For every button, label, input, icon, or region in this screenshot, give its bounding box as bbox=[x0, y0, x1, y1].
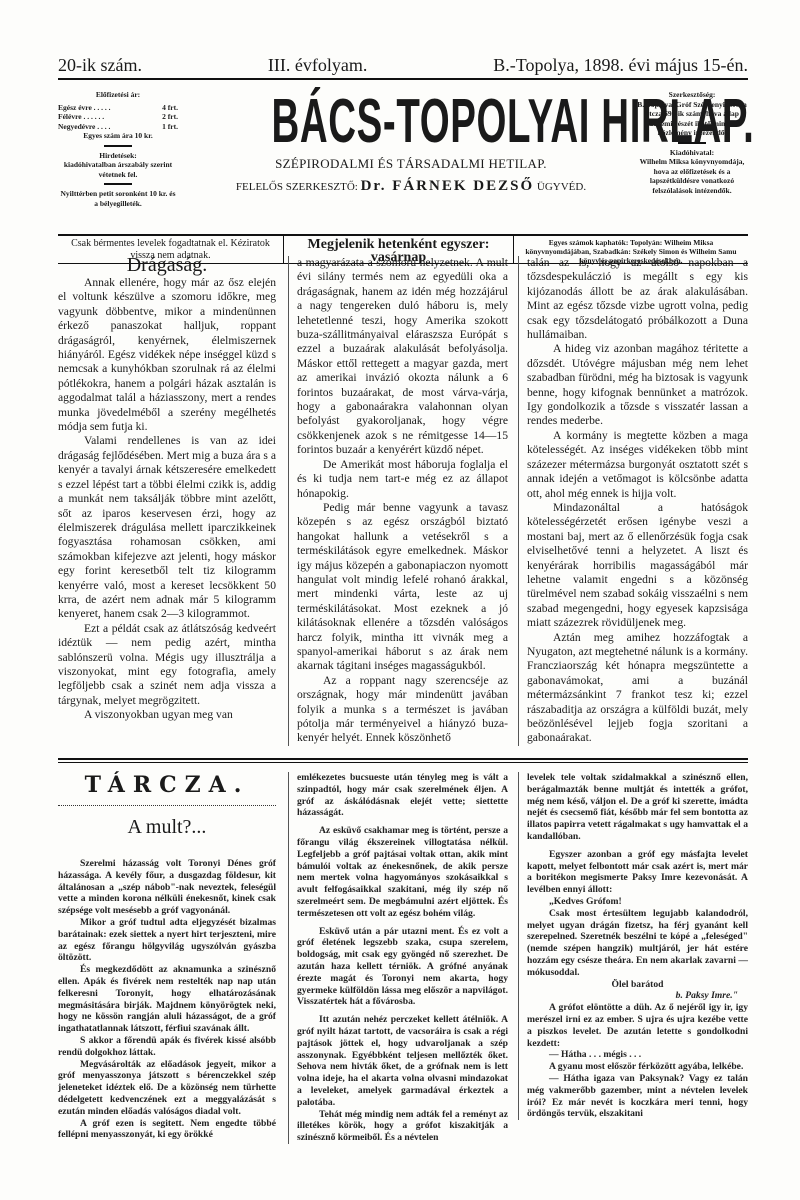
paragraph: levelek tele voltak szidalmakkal a sziné… bbox=[527, 772, 748, 843]
article-column-2: a magyarázata a szomoru helyzetnek. A mu… bbox=[288, 256, 508, 746]
letter-closing: Ölel barátod bbox=[527, 979, 748, 991]
letter-signature: b. Paksy Imre." bbox=[527, 990, 748, 1002]
paragraph: A gyanu most először férközött agyába, l… bbox=[527, 1061, 748, 1073]
issue-header-bar: 20-ik szám. III. évfolyam. B.-Topolya, 1… bbox=[58, 52, 748, 80]
divider bbox=[58, 805, 276, 806]
divider bbox=[104, 145, 132, 147]
paragraph: Az esküvő csakhamar meg is történt, pers… bbox=[297, 825, 508, 919]
feuilleton-column-1: Szerelmi házasság volt Toronyi Dénes gró… bbox=[58, 858, 276, 1141]
paragraph: S akkor a főrendü apák és fivérek kissé … bbox=[58, 1035, 276, 1059]
feuilleton-column-2: emlékezetes bucsueste után tényleg meg i… bbox=[288, 772, 508, 1144]
editorial-text: B.-Topolya, Gróf Széchenyi István utcza … bbox=[636, 100, 748, 138]
divider bbox=[104, 183, 132, 185]
feuilleton-heading: TÁRCZA. bbox=[58, 772, 276, 798]
newspaper-subtitle: SZÉPIRODALMI ÉS TÁRSADALMI HETILAP. bbox=[186, 156, 636, 172]
paragraph: talán az is, hogy az utolsó napokban a t… bbox=[527, 256, 748, 342]
paragraph: A gróf ezen is segitett. Nem engedte töb… bbox=[58, 1118, 276, 1142]
divider bbox=[678, 142, 706, 144]
paragraph: Tehát még mindig nem adták fel a reményt… bbox=[297, 1109, 508, 1144]
paragraph: Valami rendellenes is van az idei drágas… bbox=[58, 434, 276, 621]
issue-number: 20-ik szám. bbox=[58, 55, 142, 76]
letter-salutation: „Kedves Grófom! bbox=[527, 896, 748, 908]
paragraph: De Amerikát most háboruja foglalja el és… bbox=[297, 458, 508, 501]
newspaper-page: 20-ik szám. III. évfolyam. B.-Topolya, 1… bbox=[58, 0, 748, 1200]
editor-name: Dr. FÁRNEK DEZSŐ bbox=[361, 178, 535, 194]
paragraph: Mikor a gróf tudtul adta eljegyzését biz… bbox=[58, 917, 276, 964]
price-row: Egész évre . . . . .4 frt. bbox=[58, 103, 178, 113]
newspaper-title: BÁCS-TOPOLYAI HIRLAP. bbox=[272, 90, 551, 154]
paragraph: Pedig már benne vagyunk a tavasz közepén… bbox=[297, 501, 508, 674]
letter-body: Csak most értesültem legujabb kalandodró… bbox=[527, 908, 748, 979]
paragraph: Ezt a példát csak az átlátszóság kedveér… bbox=[58, 622, 276, 708]
paragraph: Egyszer azonban a gróf egy másfajta leve… bbox=[527, 849, 748, 896]
volume-number: III. évfolyam. bbox=[268, 55, 367, 76]
paragraph: A viszonyokban ugyan meg van bbox=[58, 708, 276, 722]
subscription-info: Előfizetési ár: Egész évre . . . . .4 fr… bbox=[58, 90, 178, 208]
ads-heading: Hirdetések: bbox=[58, 151, 178, 161]
publisher-text: Wilhelm Miksa könyvnyomdája, hova az elő… bbox=[636, 157, 748, 195]
paragraph: emlékezetes bucsueste után tényleg meg i… bbox=[297, 772, 508, 819]
article-column-1: Annak ellenére, hogy már az ősz elején e… bbox=[58, 276, 276, 723]
paragraph: Annak ellenére, hogy már az ősz elején e… bbox=[58, 276, 276, 434]
paragraph: Mindazonáltal a hatóságok kötelességérze… bbox=[527, 501, 748, 631]
paragraph: Az a roppant nagy szerencséje az országn… bbox=[297, 674, 508, 746]
publisher-heading: Kiadóhivatal: bbox=[636, 148, 748, 158]
editorial-info: Szerkesztőség: B.-Topolya, Gróf Szécheny… bbox=[636, 90, 748, 195]
masthead: Előfizetési ár: Egész évre . . . . .4 fr… bbox=[58, 84, 748, 234]
price-row: Negyedévre . . . .1 frt. bbox=[58, 122, 178, 132]
editorial-heading: Szerkesztőség: bbox=[636, 90, 748, 100]
price-row: Félévre . . . . . .2 frt. bbox=[58, 112, 178, 122]
paragraph: A kormány is megtette közben a maga köte… bbox=[527, 429, 748, 501]
open-space-text: Nyilttérben petit soronként 10 kr. és a … bbox=[58, 189, 178, 208]
paragraph: — Hátha igaza van Paksynak? Vagy ez talá… bbox=[527, 1073, 748, 1120]
paragraph: Aztán meg amihez hozzáfogtak a Nyugaton,… bbox=[527, 631, 748, 746]
single-issue-price: Egyes szám ára 10 kr. bbox=[58, 131, 178, 141]
paragraph: Esküvő után a pár utazni ment. És ez vol… bbox=[297, 926, 508, 1009]
ads-text: kiadóhivatalban árszabály szerint vétetn… bbox=[58, 160, 178, 179]
paragraph: a magyarázata a szomoru helyzetnek. A mu… bbox=[297, 256, 508, 458]
article-title: Drágaság. bbox=[58, 254, 276, 277]
paragraph: Megvásárolták az előadások jegyeit, miko… bbox=[58, 1059, 276, 1118]
feuilleton-column-3: levelek tele voltak szidalmakkal a sziné… bbox=[518, 772, 748, 1120]
subscription-heading: Előfizetési ár: bbox=[58, 90, 178, 100]
story-title: A mult?... bbox=[58, 816, 276, 839]
paragraph: Szerelmi házasság volt Toronyi Dénes gró… bbox=[58, 858, 276, 917]
paragraph: — Hátha . . . mégis . . . bbox=[527, 1049, 748, 1061]
article-column-3: talán az is, hogy az utolsó napokban a t… bbox=[518, 256, 748, 746]
paragraph: Itt azután nehéz perczeket kellett átéln… bbox=[297, 1014, 508, 1108]
paragraph: A grófot elöntötte a düh. Az ő nejéről i… bbox=[527, 1002, 748, 1049]
paragraph: A hideg viz azonban magához téritette a … bbox=[527, 342, 748, 428]
paragraph: És megkezdődött az aknamunka a szinésznő… bbox=[58, 964, 276, 1035]
place-date: B.-Topolya, 1898. évi május 15-én. bbox=[493, 55, 748, 76]
section-divider bbox=[58, 758, 748, 763]
editor-line: FELELŐS SZERKESZTŐ: Dr. FÁRNEK DEZSŐ ÜGY… bbox=[186, 178, 636, 195]
